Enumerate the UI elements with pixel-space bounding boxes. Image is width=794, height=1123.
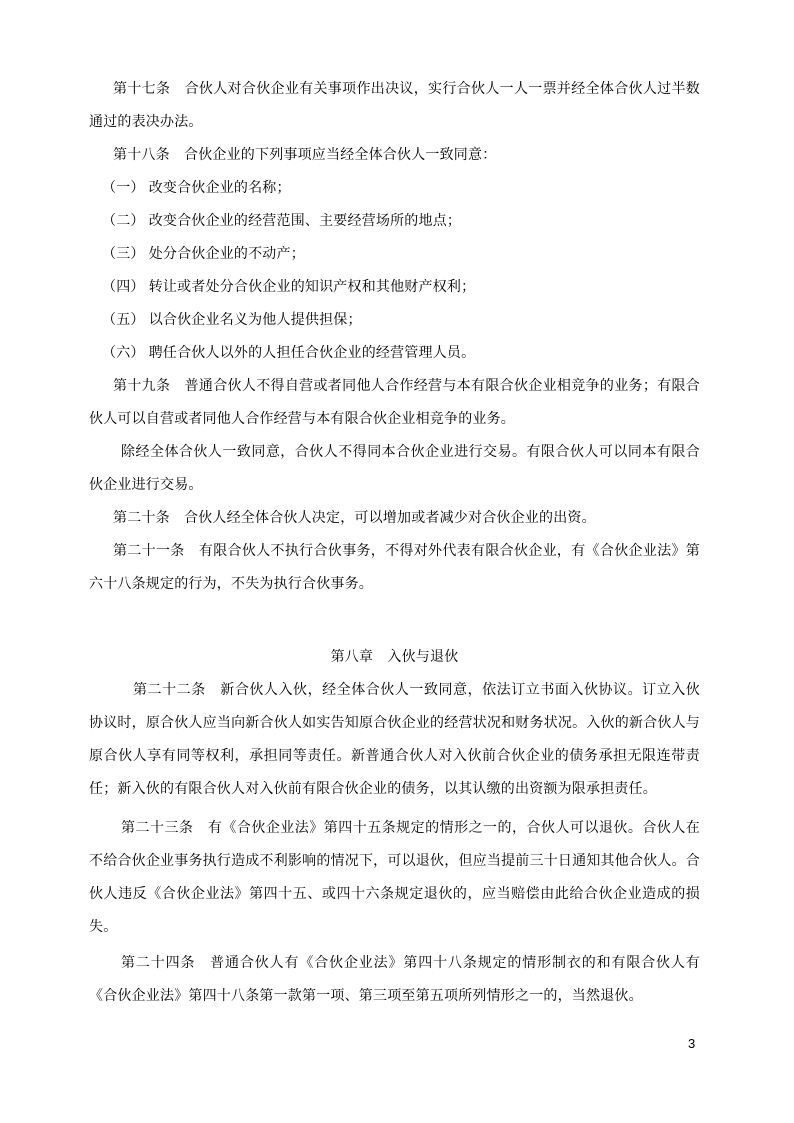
list-item: （六） 聘任合伙人以外的人担任合伙企业的经营管理人员。 xyxy=(89,336,700,369)
document-page: 第十七条 合伙人对合伙企业有关事项作出决议，实行合伙人一人一票并经全体合伙人过半… xyxy=(0,0,794,1123)
document-body: 第十七条 合伙人对合伙企业有关事项作出决议，实行合伙人一人一票并经全体合伙人过半… xyxy=(89,72,700,1012)
list-item: （五） 以合伙企业名义为他人提供担保； xyxy=(89,303,700,336)
paragraph: 除经全体合伙人一致同意，合伙人不得同本合伙企业进行交易。有限合伙人可以同本有限合… xyxy=(89,435,700,501)
paragraph: 第二十条 合伙人经全体合伙人决定，可以增加或者减少对合伙企业的出资。 xyxy=(89,501,700,534)
chapter-heading: 第八章 入伙与退伙 xyxy=(89,640,700,673)
paragraph: 第二十四条 普通合伙人有《合伙企业法》第四十八条规定的情形制衣的和有限合伙人有《… xyxy=(89,946,700,1012)
page-number: 3 xyxy=(688,1036,695,1052)
list-item: （四） 转让或者处分合伙企业的知识产权和其他财产权利； xyxy=(89,270,700,303)
list-item: （二） 改变合伙企业的经营范围、主要经营场所的地点； xyxy=(89,204,700,237)
paragraph: 第二十二条 新合伙人入伙，经全体合伙人一致同意，依法订立书面入伙协议。订立入伙协… xyxy=(89,673,700,805)
paragraph: 第二十三条 有《合伙企业法》第四十五条规定的情形之一的，合伙人可以退伙。合伙人在… xyxy=(89,811,700,943)
paragraph: 第二十一条 有限合伙人不执行合伙事务，不得对外代表有限合伙企业，有《合伙企业法》… xyxy=(89,534,700,600)
paragraph: 第十九条 普通合伙人不得自营或者同他人合作经营与本有限合伙企业相竞争的业务；有限… xyxy=(89,369,700,435)
paragraph: 第十八条 合伙企业的下列事项应当经全体合伙人一致同意： xyxy=(89,138,700,171)
list-item: （一） 改变合伙企业的名称； xyxy=(89,171,700,204)
list-item: （三） 处分合伙企业的不动产； xyxy=(89,237,700,270)
paragraph: 第十七条 合伙人对合伙企业有关事项作出决议，实行合伙人一人一票并经全体合伙人过半… xyxy=(89,72,700,138)
